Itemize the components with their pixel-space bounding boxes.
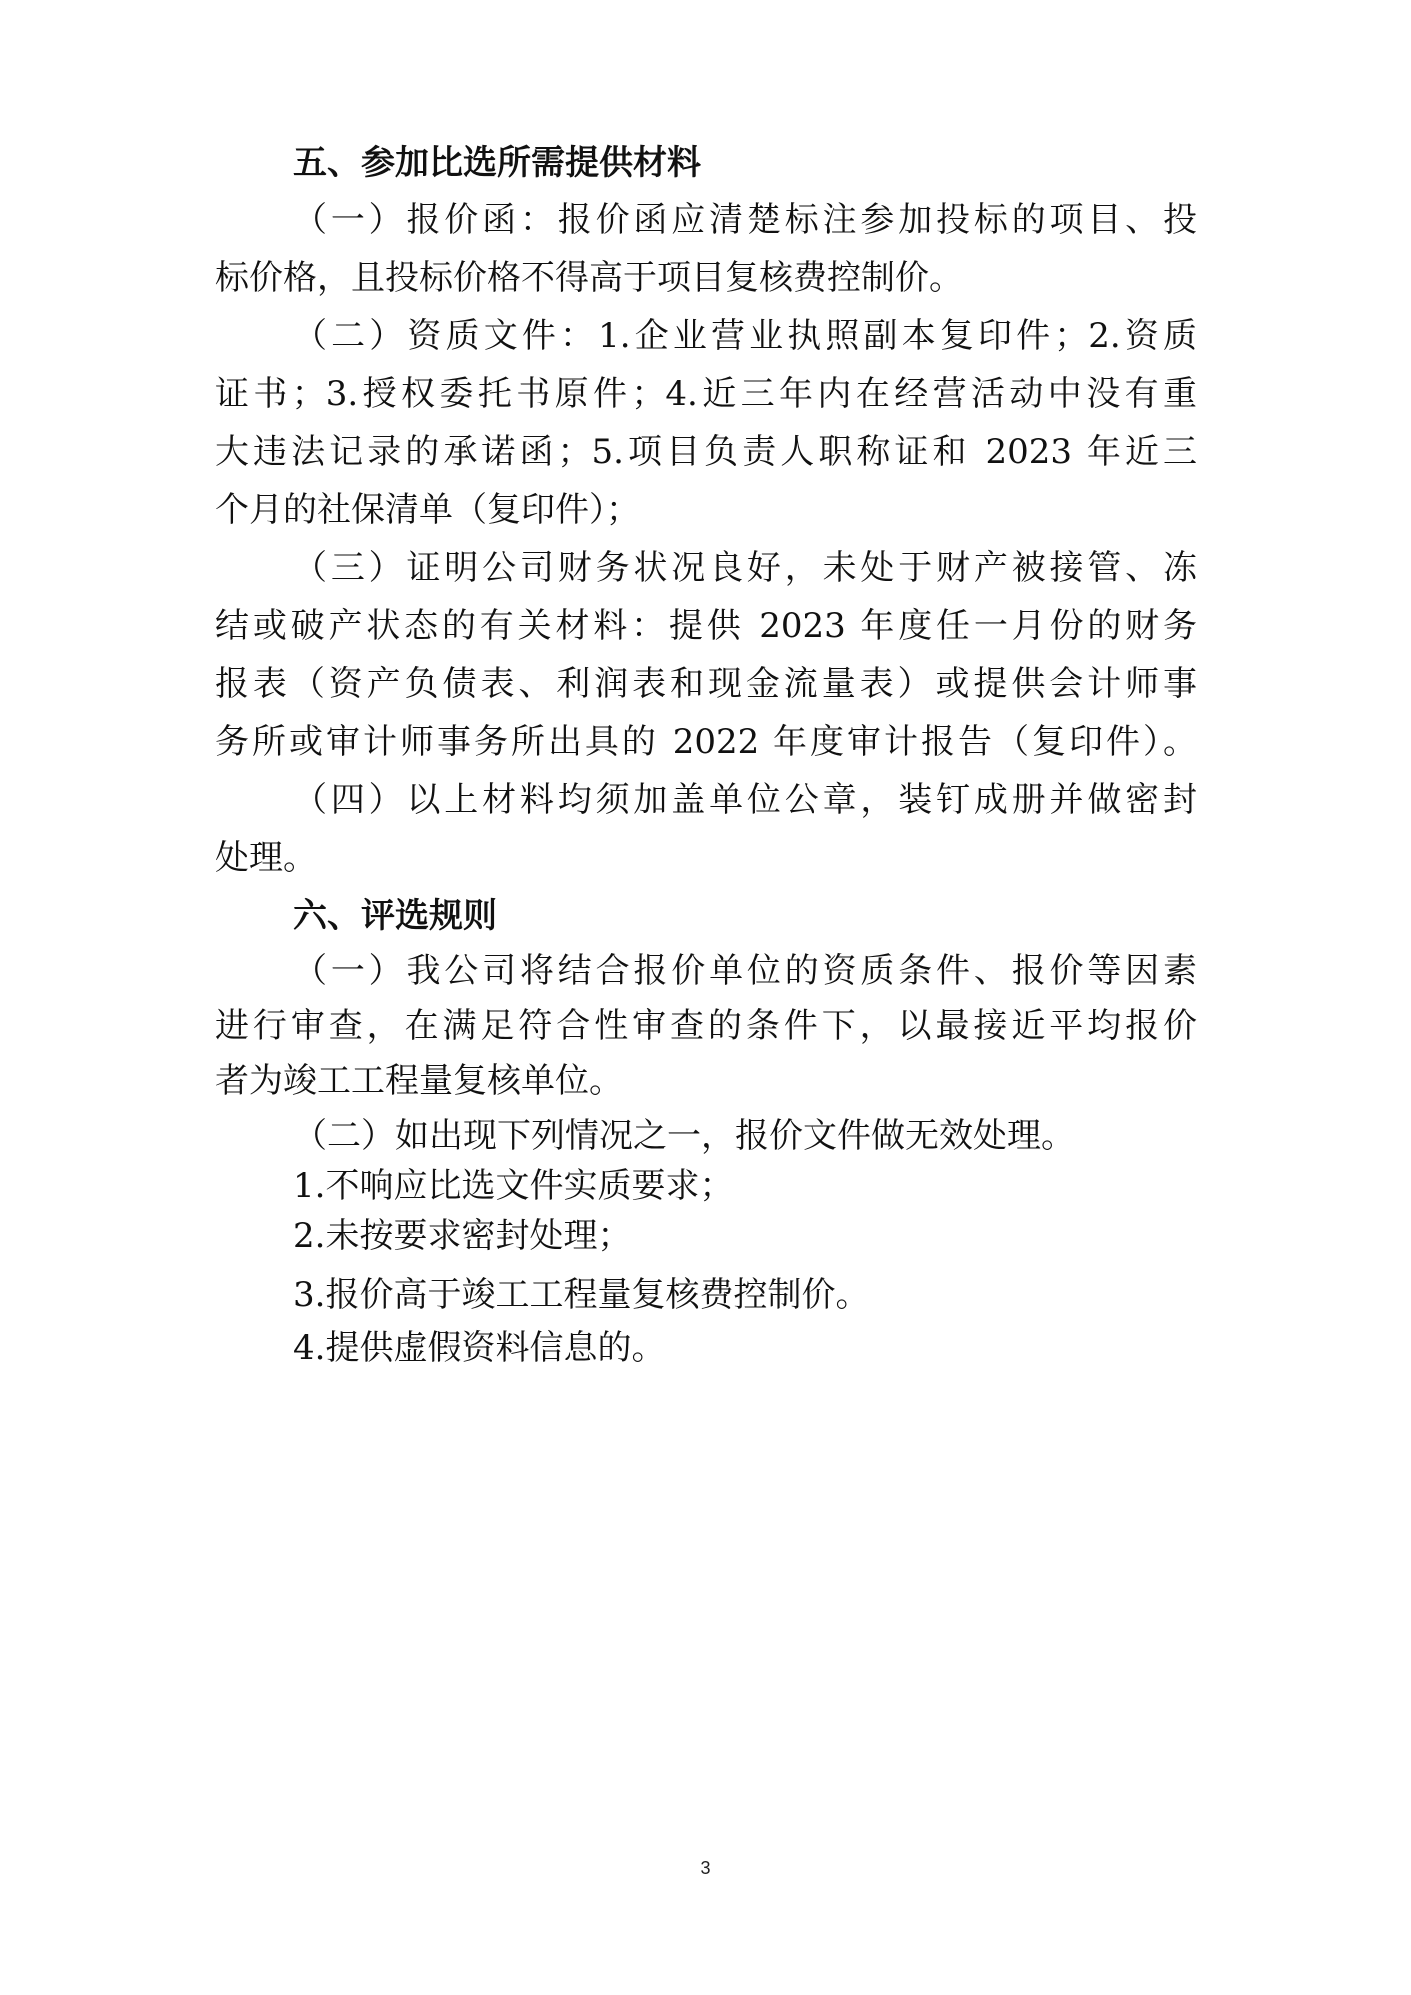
list-item: 3.报价高于竣工工程量复核费控制价。 [293,1272,869,1318]
paragraph-line: 报表（资产负债表、利润表和现金流量表）或提供会计师事 [215,661,1197,707]
section-heading-5: 五、参加比选所需提供材料 [293,140,701,186]
paragraph-line: 务所或审计师事务所出具的 2022 年度审计报告（复印件）。 [215,719,1197,765]
paragraph-line: 者为竣工工程量复核单位。 [215,1058,623,1104]
paragraph-line: （三）证明公司财务状况良好，未处于财产被接管、冻 [293,545,1197,591]
paragraph-line: 个月的社保清单（复印件）； [215,487,640,533]
paragraph-line: 标价格，且投标价格不得高于项目复核费控制价。 [215,255,963,301]
paragraph-line: 大违法记录的承诺函；5.项目负责人职称证和 2023 年近三 [215,429,1197,475]
paragraph-line: （四）以上材料均须加盖单位公章，装钉成册并做密封 [293,777,1197,823]
paragraph-line: （二）资质文件：1.企业营业执照副本复印件；2.资质 [293,313,1197,359]
list-item: 2.未按要求密封处理； [293,1213,631,1259]
list-item: 1.不响应比选文件实质要求； [293,1163,733,1209]
section-heading-6: 六、评选规则 [293,893,497,939]
paragraph-line: （一）我公司将结合报价单位的资质条件、报价等因素 [293,948,1197,994]
paragraph-line: （二）如出现下列情况之一，报价文件做无效处理。 [293,1113,1075,1159]
page-number: 3 [0,1858,1411,1879]
list-item: 4.提供虚假资料信息的。 [293,1325,665,1371]
paragraph-line: （一）报价函：报价函应清楚标注参加投标的项目、投 [293,197,1197,243]
paragraph-line: 处理。 [215,835,317,881]
paragraph-line: 结或破产状态的有关材料：提供 2023 年度任一月份的财务 [215,603,1197,649]
paragraph-line: 进行审查，在满足符合性审查的条件下，以最接近平均报价 [215,1003,1197,1049]
paragraph-line: 证书；3.授权委托书原件；4.近三年内在经营活动中没有重 [215,371,1197,417]
document-page: 五、参加比选所需提供材料 （一）报价函：报价函应清楚标注参加投标的项目、投 标价… [0,0,1411,1995]
